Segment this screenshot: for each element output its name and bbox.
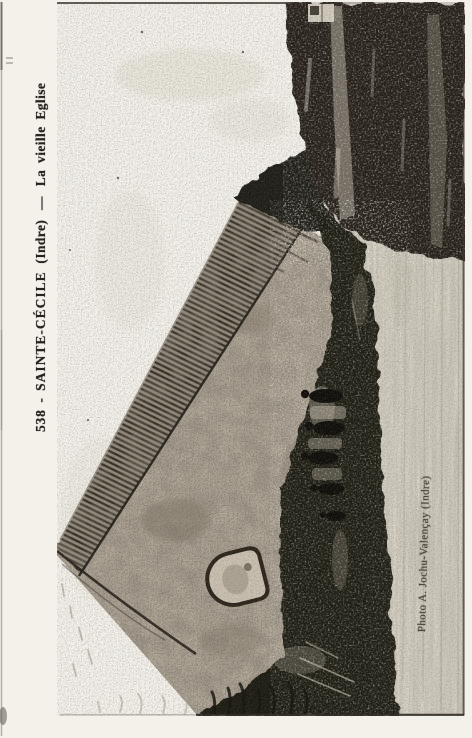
caption: 538 - SAINTE-CÉCILE (Indre) — La vieille… bbox=[30, 83, 52, 432]
caption-region: (Indre) bbox=[33, 220, 48, 264]
postcard-scan: 538 - SAINTE-CÉCILE (Indre) — La vieille… bbox=[0, 0, 472, 738]
church-photo-illustration bbox=[0, 0, 472, 738]
caption-number: 538 bbox=[33, 409, 48, 432]
film-grain bbox=[57, 2, 465, 716]
caption-separator: - bbox=[33, 398, 48, 403]
caption-dash: — bbox=[33, 196, 48, 210]
caption-subtitle: La vieille Eglise bbox=[33, 83, 48, 187]
card-edge bbox=[0, 2, 13, 736]
caption-title: SAINTE-CÉCILE bbox=[33, 271, 48, 391]
